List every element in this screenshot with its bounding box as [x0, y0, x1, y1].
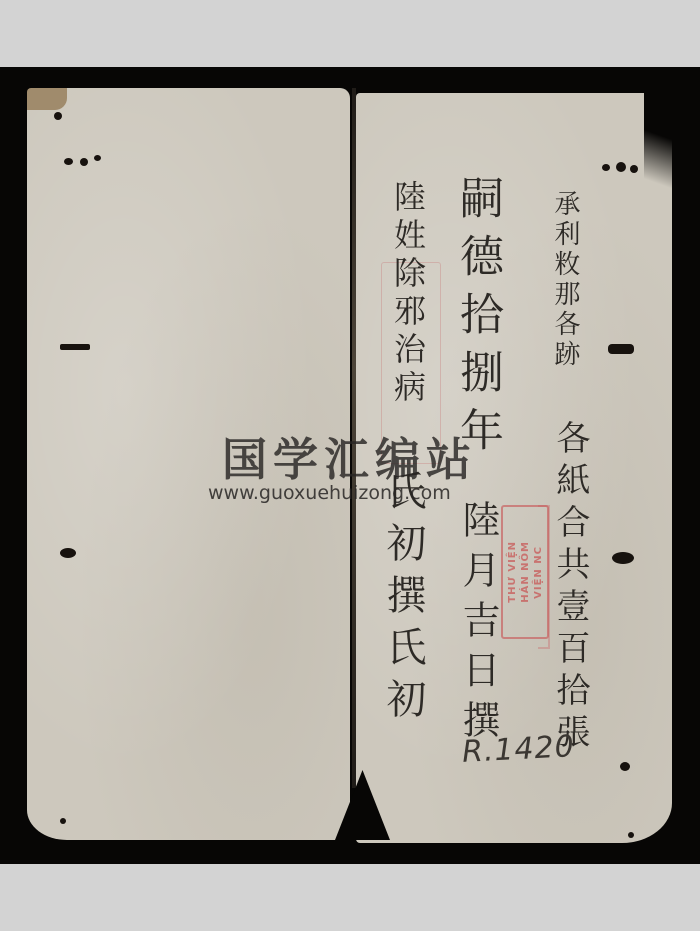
binding-hole: [60, 818, 66, 824]
binding-hole: [616, 162, 626, 172]
binding-hole: [630, 165, 638, 173]
binding-hole: [60, 548, 76, 558]
binding-hole: [80, 158, 88, 166]
text-column-2-title: 嗣德拾捌年: [451, 175, 503, 465]
binding-hole: [612, 552, 634, 564]
stained-corner: [27, 88, 67, 110]
binding-hole: [620, 762, 630, 771]
seal-line-2: HÁN NÔM: [520, 541, 531, 603]
binding-hole: [64, 158, 73, 165]
seal-line-1: VIỆN NC: [533, 546, 544, 599]
torn-edge: [644, 91, 674, 221]
text-column-2-date: 陸月吉日撰: [454, 500, 502, 750]
watermark-title: 国学汇编站: [222, 423, 477, 488]
binding-hole: [602, 164, 610, 171]
seal-line-3: THƯ VIỆN: [507, 541, 518, 603]
binding-hole: [54, 112, 62, 120]
binding-hole: [60, 344, 90, 350]
text-column-3-bottom: 氏初撰氏初: [378, 470, 428, 730]
watermark-url: www.guoxuehuizong.com: [208, 482, 451, 504]
binding-hole: [608, 344, 634, 354]
catalog-number: R.1420: [461, 729, 575, 770]
text-column-3-top: 陸姓除邪治病: [388, 180, 428, 408]
text-column-1-top: 承利敉那各跡: [548, 190, 582, 370]
binding-hole: [628, 832, 634, 838]
binding-hole: [94, 155, 101, 161]
text-column-1-bottom: 各紙合共壹百拾張: [548, 420, 592, 756]
library-seal-stamp: VIỆN NC HÁN NÔM THƯ VIỆN: [501, 505, 549, 639]
